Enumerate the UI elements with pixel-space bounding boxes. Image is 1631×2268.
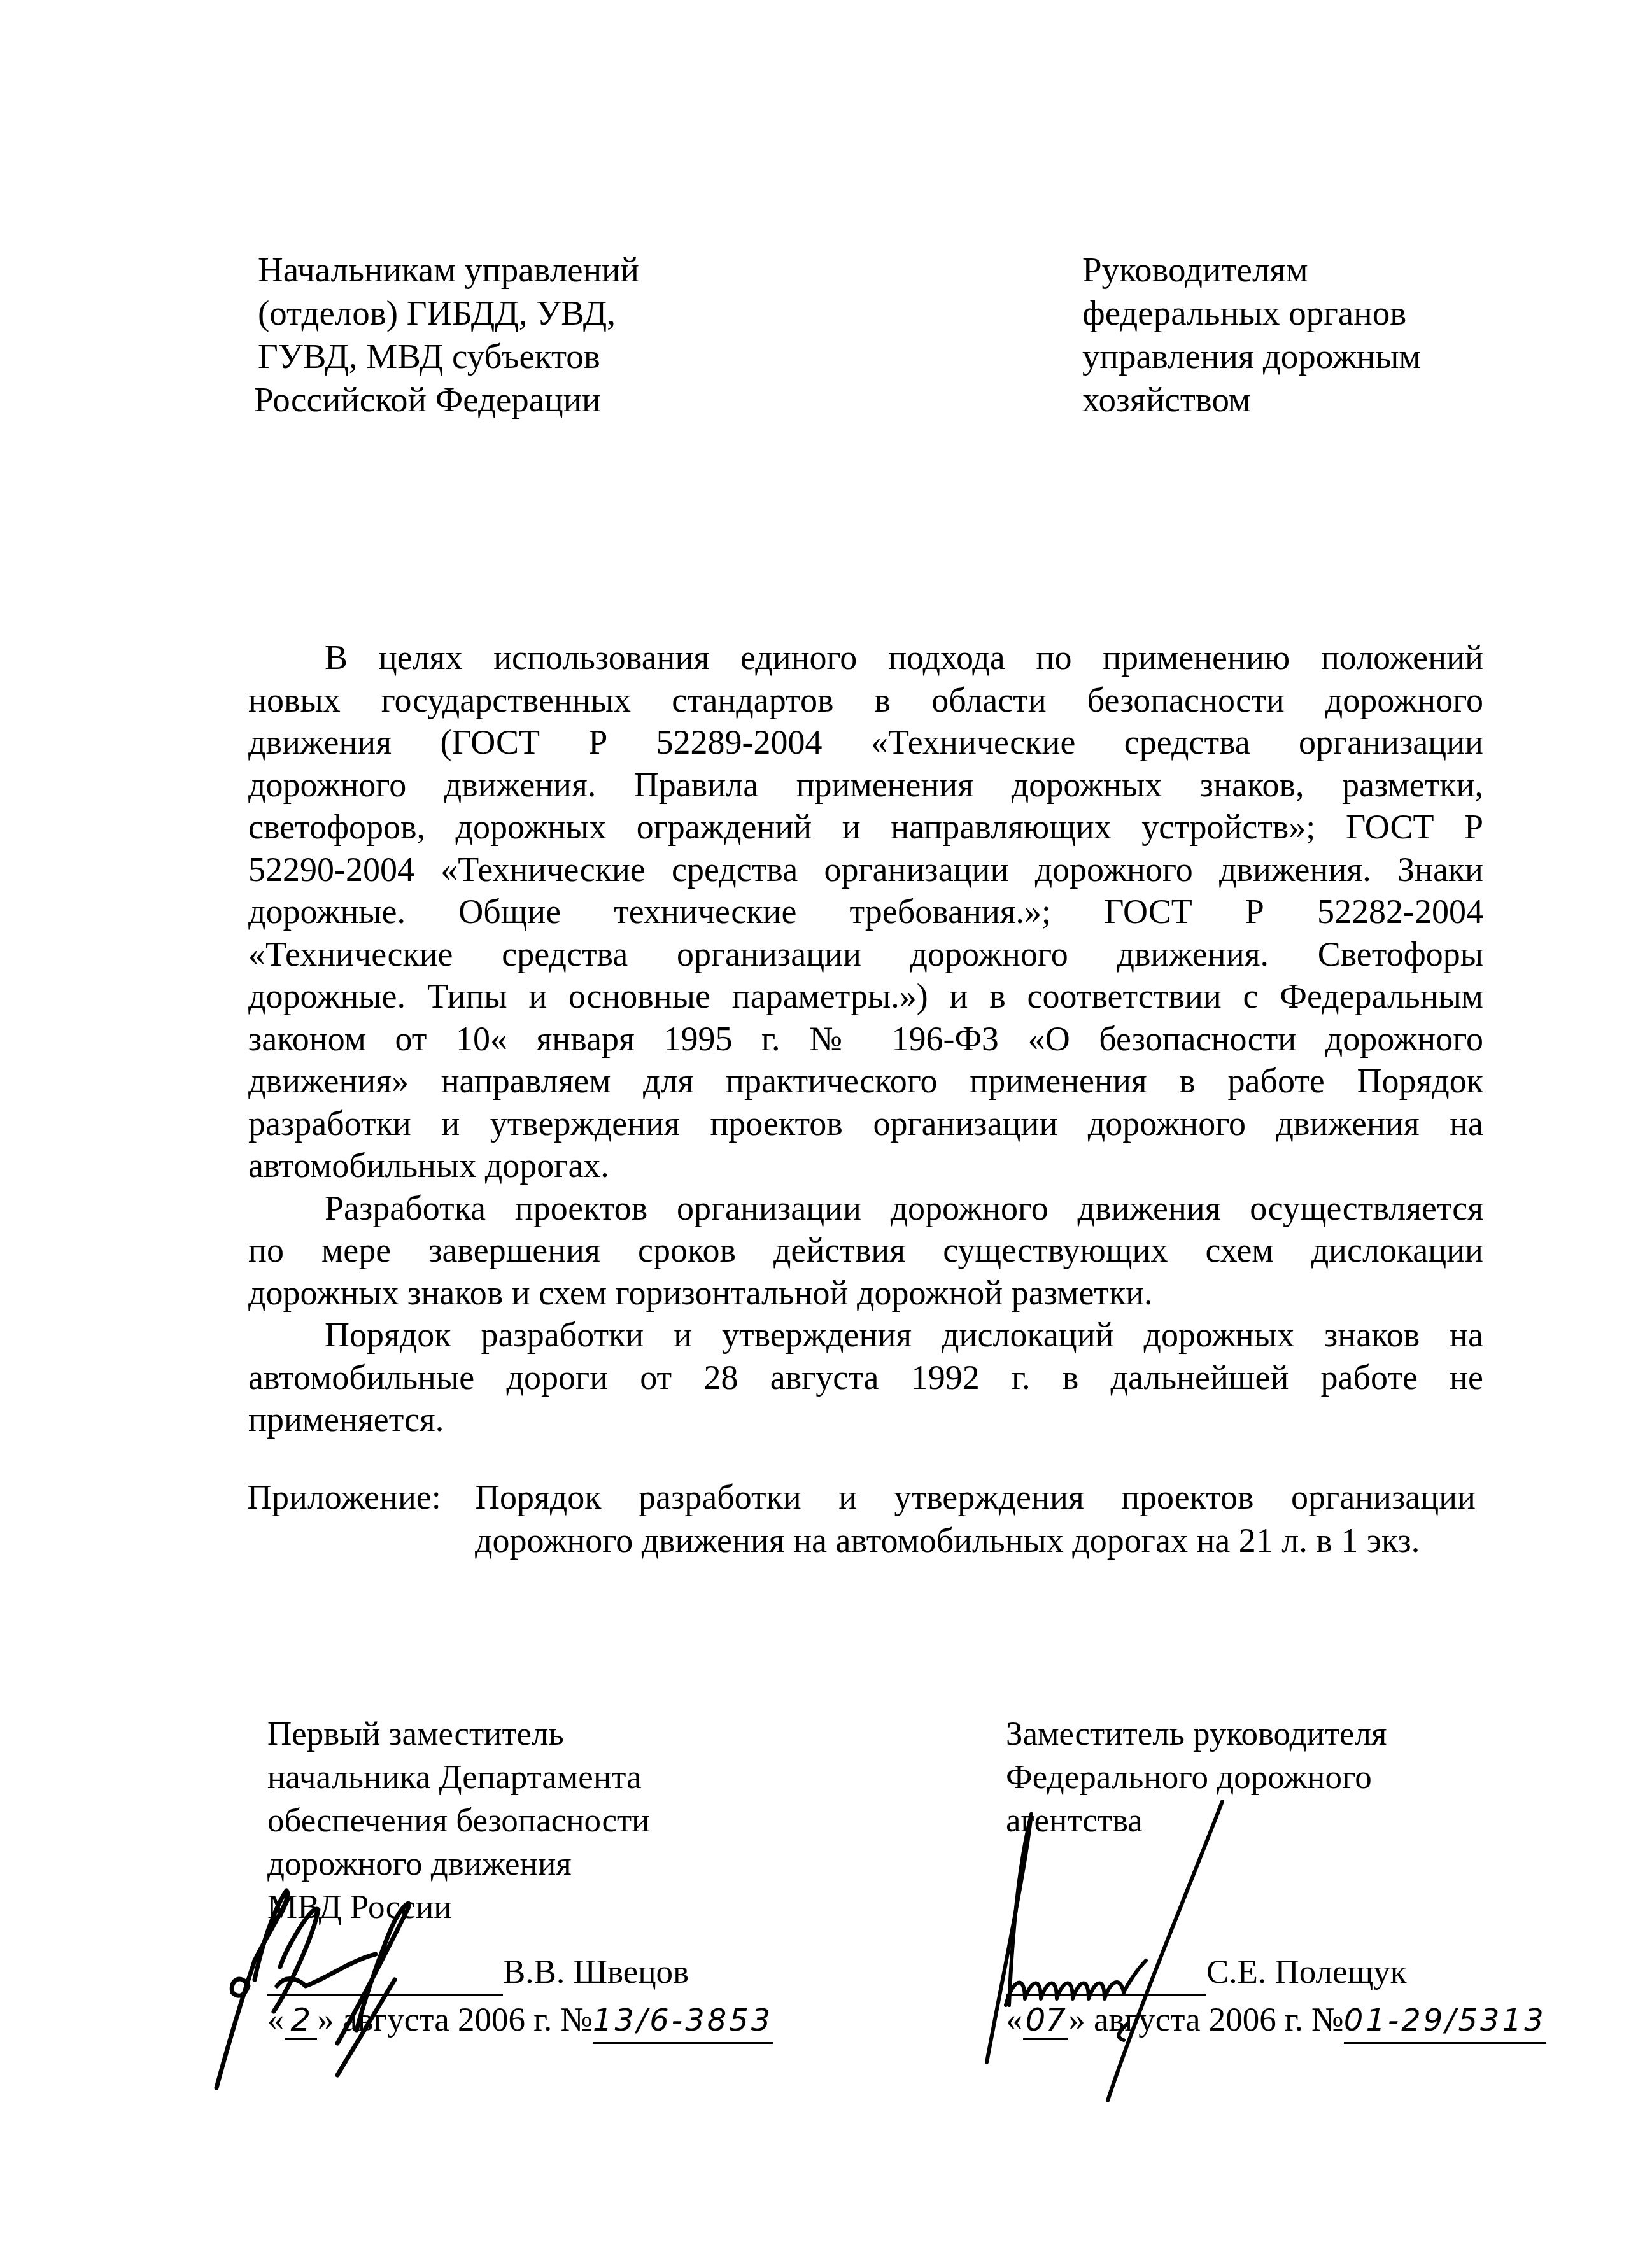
addressee-left-line: Начальникам управлений bbox=[258, 248, 639, 292]
body-line: дорожные. Типы и основные параметры.») и… bbox=[248, 975, 1483, 1018]
signature-scribble-left bbox=[210, 1884, 477, 2101]
body-line: Порядок разработки и утверждения дислока… bbox=[248, 1314, 1483, 1356]
addressee-left-line: (отделов) ГИБДД, УВД, bbox=[258, 292, 639, 335]
body-line: по мере завершения сроков действия сущес… bbox=[248, 1229, 1483, 1272]
body-line: движения (ГОСТ Р 52289-2004 «Технические… bbox=[248, 721, 1483, 764]
signatory-name: В.В. Швецов bbox=[503, 1954, 689, 1990]
body-line: движения» направляем для практического п… bbox=[248, 1060, 1483, 1102]
addressee-right: Руководителям федеральных органов управл… bbox=[1082, 248, 1421, 421]
addressee-left-line: Российской Федерации bbox=[254, 378, 639, 421]
body-line: дорожные. Общие технические требования.»… bbox=[248, 891, 1483, 933]
body-line: автомобильных дорогах. bbox=[248, 1145, 1483, 1187]
body-line: новых государственных стандартов в облас… bbox=[248, 679, 1483, 722]
body-line: дорожных знаков и схем горизонтальной до… bbox=[248, 1272, 1483, 1314]
signatory-title-line: Заместитель руководителя bbox=[1006, 1712, 1546, 1756]
signature-scribble-right bbox=[961, 1795, 1343, 2126]
body-line: разработки и утверждения проектов органи… bbox=[248, 1102, 1483, 1145]
signatory-title-line: Первый заместитель bbox=[267, 1712, 773, 1756]
handwritten-reg-number: 01-29/5313 bbox=[1344, 1999, 1546, 2044]
handwritten-reg-number: 13/6-3853 bbox=[593, 1999, 773, 2044]
body-line: 52290-2004 «Технические средства организ… bbox=[248, 849, 1483, 891]
signatory-title-line: начальника Департамента bbox=[267, 1756, 773, 1799]
paragraph-2: Разработка проектов организации дорожног… bbox=[248, 1187, 1483, 1314]
body-line: дорожного движения. Правила применения д… bbox=[248, 764, 1483, 806]
body-line: законом от 10« января 1995 г. № 196-ФЗ «… bbox=[248, 1018, 1483, 1060]
attachment-line: дорожного движения на автомобильных доро… bbox=[247, 1519, 1476, 1562]
addressee-right-line: Руководителям bbox=[1082, 248, 1421, 292]
addressee-right-line: управления дорожным bbox=[1082, 335, 1421, 378]
letter-body: В целях использования единого подхода по… bbox=[248, 637, 1483, 1441]
signatory-title-line: обеспечения безопасности bbox=[267, 1799, 773, 1842]
body-line: «Технические средства организации дорожн… bbox=[248, 933, 1483, 976]
body-line: светофоров, дорожных ограждений и направ… bbox=[248, 806, 1483, 849]
addressee-left: Начальникам управлений (отделов) ГИБДД, … bbox=[258, 248, 639, 421]
signatory-title-line: дорожного движения bbox=[267, 1842, 773, 1885]
signatory-title-line: Федерального дорожного bbox=[1006, 1756, 1546, 1799]
paragraph-3: Порядок разработки и утверждения дислока… bbox=[248, 1314, 1483, 1441]
body-line: Разработка проектов организации дорожног… bbox=[248, 1187, 1483, 1230]
attachment-line: Порядок разработки и утверждения проекто… bbox=[475, 1476, 1476, 1519]
attachment-label: Приложение: bbox=[247, 1476, 475, 1519]
addressee-right-line: хозяйством bbox=[1082, 378, 1421, 421]
body-line: автомобильные дороги от 28 августа 1992 … bbox=[248, 1356, 1483, 1399]
addressee-left-line: ГУВД, МВД субъектов bbox=[258, 335, 639, 378]
paragraph-1: В целях использования единого подхода по… bbox=[248, 637, 1483, 1187]
body-line: В целях использования единого подхода по… bbox=[248, 637, 1483, 679]
addressee-right-line: федеральных органов bbox=[1082, 292, 1421, 335]
attachment-note: Приложение: Порядок разработки и утвержд… bbox=[247, 1476, 1476, 1562]
body-line: применяется. bbox=[248, 1398, 1483, 1441]
